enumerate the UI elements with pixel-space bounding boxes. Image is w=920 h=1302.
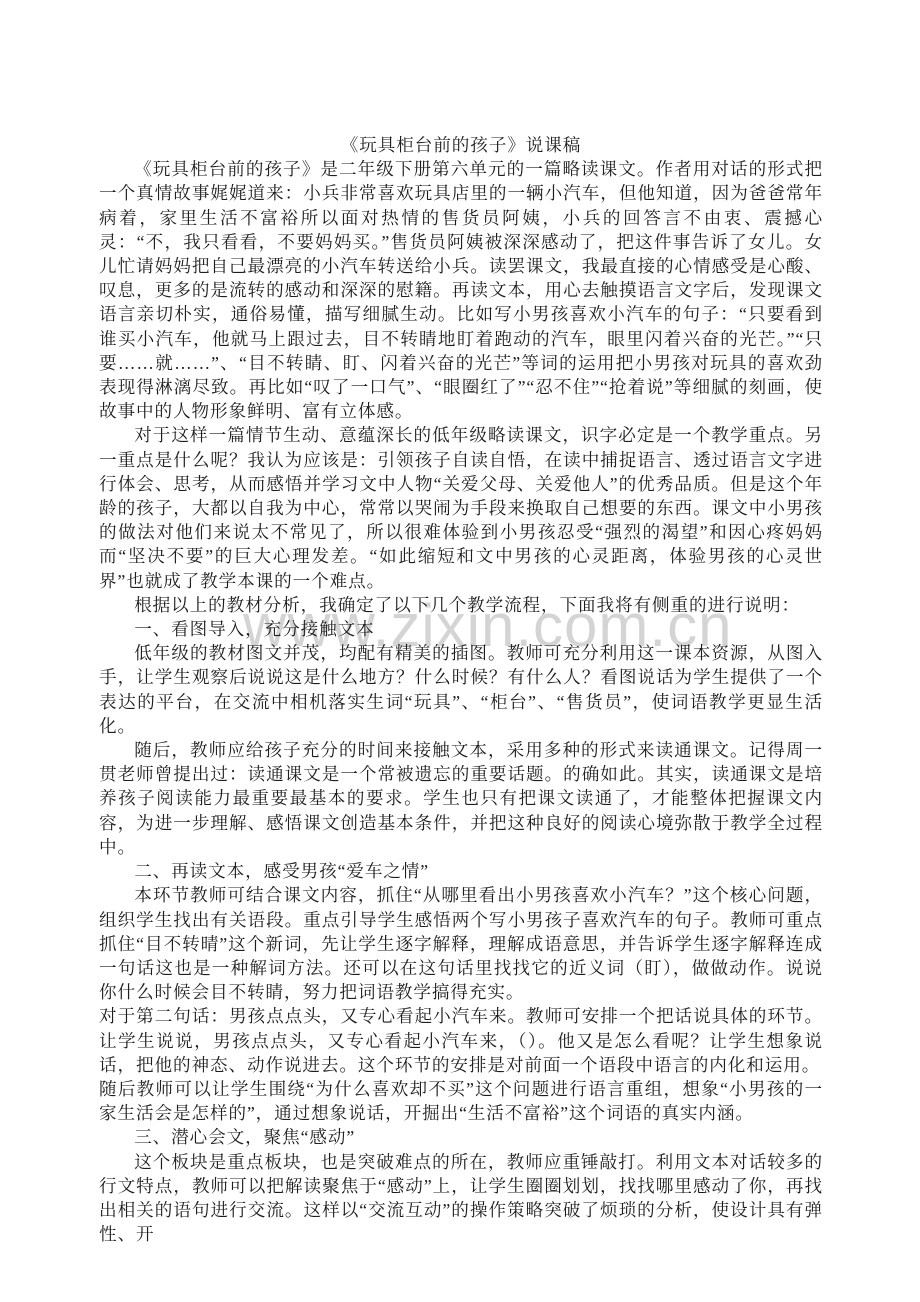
document-body: 《玩具柜台前的孩子》说课稿 《玩具柜台前的孩子》是二年级下册第六单元的一篇略读课… [99,133,823,1246]
paragraph-teaching-points: 对于这样一篇情节生动、意蕴深长的低年级略读课文，识字必定是一个教学重点。另一重点… [99,423,823,592]
document-title: 《玩具柜台前的孩子》说课稿 [99,133,823,157]
paragraph-intro: 《玩具柜台前的孩子》是二年级下册第六单元的一篇略读课文。作者用对话的形式把一个真… [99,157,823,423]
paragraph-section1-body2: 随后，教师应给孩子充分的时间来接触文本，采用多种的形式来读通课文。记得周一贯老师… [99,738,823,859]
paragraph-section2-body3: 随后教师可以让学生围绕“为什么喜欢却不买”这个问题进行语言重组，想象“小男孩的一… [99,1077,823,1125]
paragraph-section2-body2: 对于第二句话：男孩点点头，又专心看起小汽车来。教师可安排一个把话说具体的环节。让… [99,1004,823,1077]
document-page: www.zixin.com.cn 《玩具柜台前的孩子》说课稿 《玩具柜台前的孩子… [0,0,920,1302]
paragraph-section2-body1: 本环节教师可结合课文内容，抓住“从哪里看出小男孩喜欢小汽车？”这个核心问题，组织… [99,883,823,1004]
section-heading-2: 二、再读文本，感受男孩“爱车之情” [99,859,823,883]
paragraph-process-overview: 根据以上的教材分析，我确定了以下几个教学流程，下面我将有侧重的进行说明： [99,593,823,617]
paragraph-section1-body1: 低年级的教材图文并茂，均配有精美的插图。教师可充分利用这一课本资源，从图入手，让… [99,641,823,738]
paragraph-section3-body1: 这个板块是重点板块，也是突破难点的所在，教师应重锤敲打。利用文本对话较多的行文特… [99,1150,823,1247]
section-heading-1: 一、看图导入，充分接触文本 [99,617,823,641]
section-heading-3: 三、潜心会文，聚焦“感动” [99,1125,823,1149]
